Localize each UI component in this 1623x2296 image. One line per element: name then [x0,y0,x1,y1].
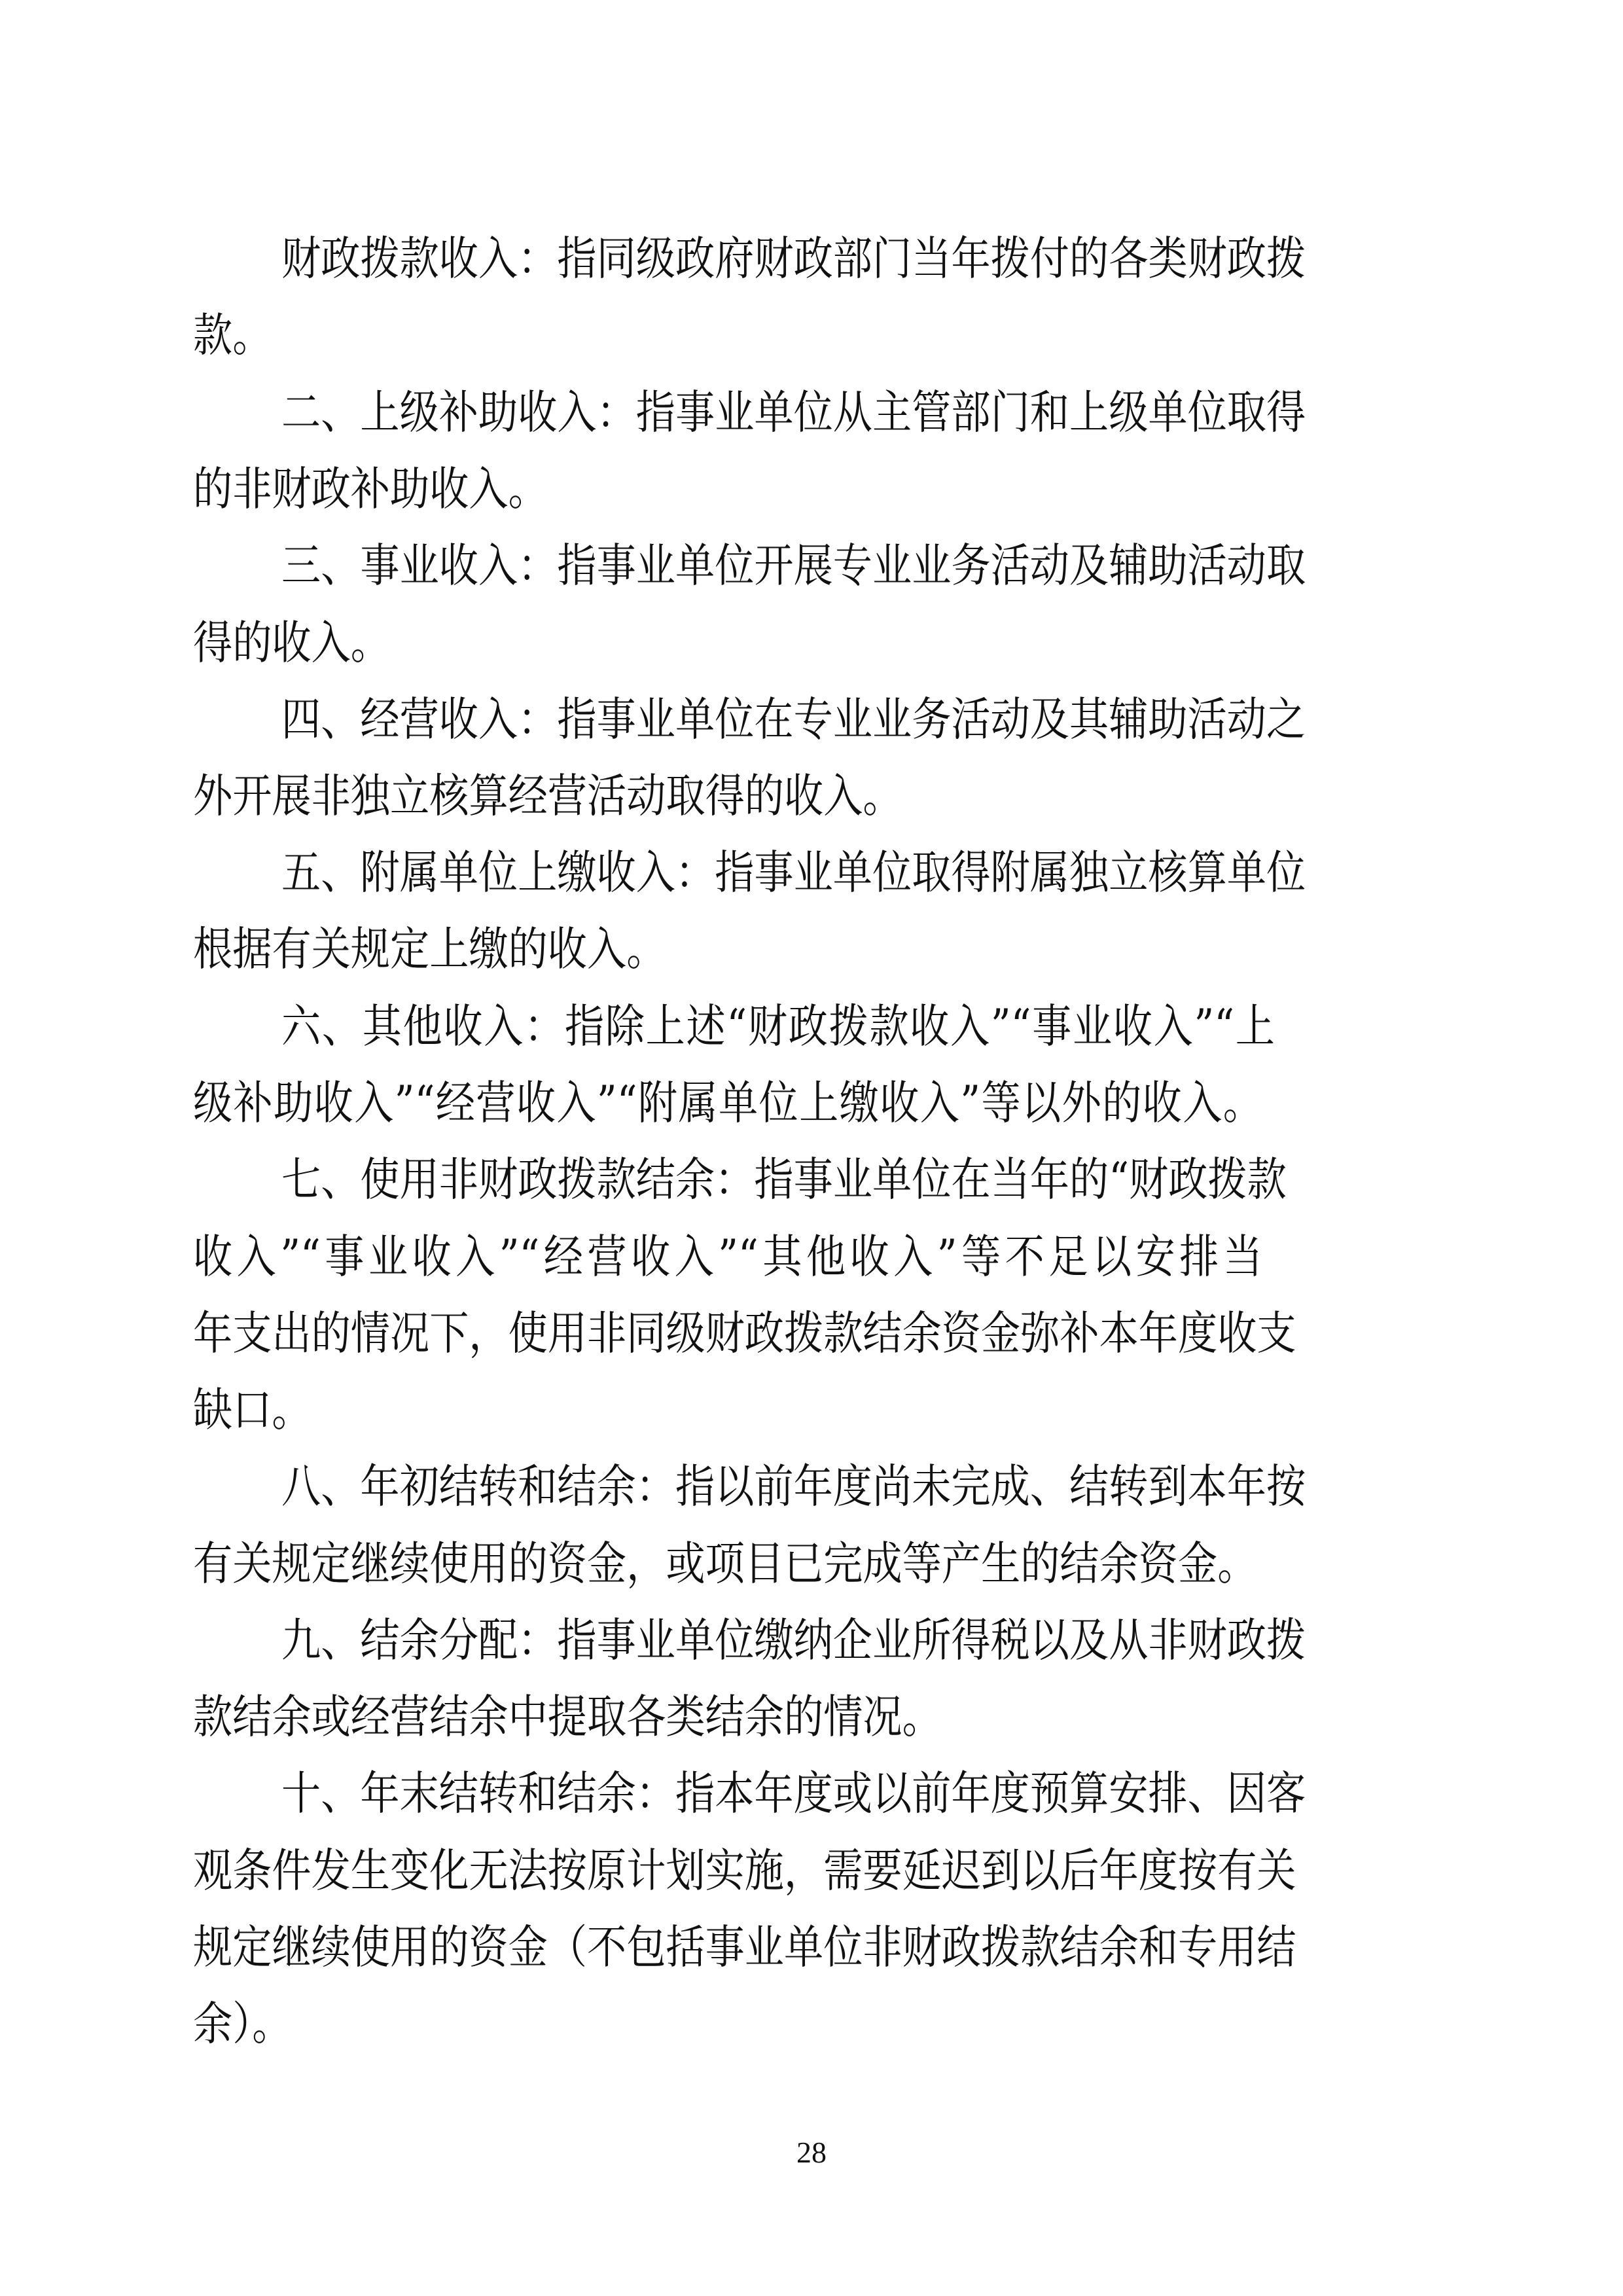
paragraph-line: 款。 [193,309,1262,361]
document-page: 财政拨款收入：指同级政府财政部门当年拨付的各类财政拨 款。 二、上级补助收入：指… [0,0,1623,2296]
paragraph-line: 得的收入。 [193,617,1262,669]
paragraph-line: 七、使用非财政拨款结余：指事业单位在当年的“财政拨款 [281,1153,1275,1206]
paragraph-line: 四、经营收入：指事业单位在专业业务活动及其辅助活动之 [281,693,1275,745]
paragraph-line: 观条件发生变化无法按原计划实施，需要延迟到以后年度按有关 [193,1844,1262,1897]
paragraph-line: 三、事业收入：指事业单位开展专业业务活动及辅助活动取 [281,539,1275,592]
paragraph-line: 的非财政补助收入。 [193,463,1262,515]
paragraph-line: 年支出的情况下，使用非同级财政拨款结余资金弥补本年度收支 [193,1307,1262,1359]
paragraph-line: 六、其他收入：指除上述“财政拨款收入”“事业收入”“上 [281,1000,1275,1052]
paragraph-line: 款结余或经营结余中提取各类结余的情况。 [193,1691,1262,1743]
paragraph-line: 二、上级补助收入：指事业单位从主管部门和上级单位取得 [281,386,1275,439]
paragraph-line: 十、年末结转和结余：指本年度或以前年度预算安排、因客 [281,1767,1275,1820]
paragraph-line: 八、年初结转和结余：指以前年度尚未完成、结转到本年按 [281,1460,1275,1513]
paragraph-line: 九、结余分配：指事业单位缴纳企业所得税以及从非财政拨 [281,1614,1275,1666]
paragraph-line: 规定继续使用的资金（不包括事业单位非财政拨款结余和专用结 [193,1921,1262,1973]
page-number: 28 [0,2135,1623,2170]
paragraph-line: 缺口。 [193,1384,1262,1436]
paragraph-line: 外开展非独立核算经营活动取得的收入。 [193,770,1262,822]
paragraph-line: 五、附属单位上缴收入：指事业单位取得附属独立核算单位 [281,846,1275,899]
paragraph-line: 根据有关规定上缴的收入。 [193,923,1262,975]
paragraph-line: 财政拨款收入：指同级政府财政部门当年拨付的各类财政拨 [281,232,1275,285]
paragraph-line: 收入”“事业收入”“经营收入”“其他收入”等不足以安排当 [193,1230,1262,1283]
paragraph-line: 有关规定继续使用的资金，或项目已完成等产生的结余资金。 [193,1537,1262,1590]
paragraph-line: 级补助收入”“经营收入”“附属单位上缴收入”等以外的收入。 [193,1077,1262,1129]
paragraph-line: 余）。 [193,1998,1262,2050]
